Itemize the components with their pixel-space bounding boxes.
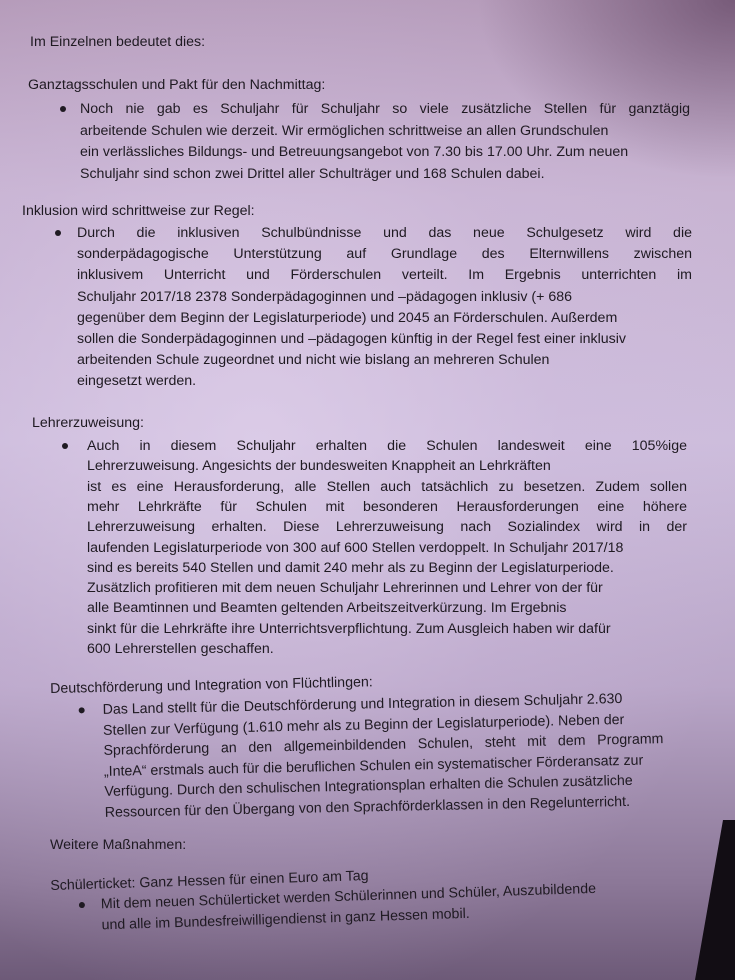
bullet-icon <box>79 902 85 908</box>
section-5: Schülerticket: Ganz Hessen für einen Eur… <box>0 0 735 980</box>
